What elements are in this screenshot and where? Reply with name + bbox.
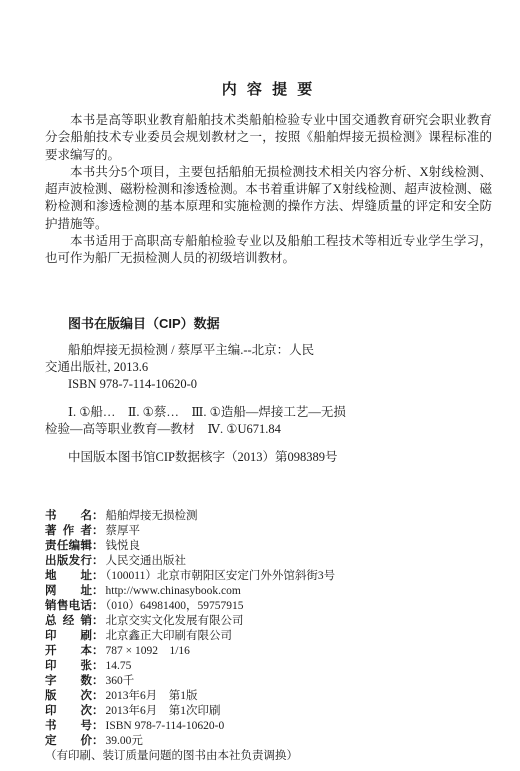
cip-classification-line: 检验—高等职业教育—教材 Ⅳ. ①U671.84 [45,421,492,438]
colophon-value: 39.00元 [106,735,143,747]
cip-title-line: 船舶焊接无损检测 / 蔡厚平主编.--北京：人民 [45,342,492,359]
colophon-value: 2013年6月 第1版 [106,690,198,702]
colophon-label: 印次 [45,704,92,719]
colophon-value: 787 × 1092 1/16 [106,645,190,657]
colophon-row: 网址：http://www.chinasybook.com [45,584,492,599]
colophon-colon: ： [92,510,104,522]
colophon-row: 开本：787 × 1092 1/16 [45,644,492,659]
colophon-label: 字数 [45,674,92,689]
colophon-colon: ： [92,600,104,612]
colophon-colon: ： [92,675,104,687]
colophon-value: （010）64981400，59757915 [106,600,244,612]
colophon-value: 船舶焊接无损检测 [106,510,198,522]
colophon-label: 责任编辑 [45,539,92,554]
colophon-label: 总经销 [45,614,92,629]
cip-publisher-line: 交通出版社, 2013.6 [45,359,492,376]
content-summary: 本书是高等职业教育船舶技术类船舶检验专业中国交通教育研究会职业教育分会船舶技术专… [45,112,492,268]
colophon-list: 书名：船舶焊接无损检测 著作者：蔡厚平 责任编辑：钱悦良 出版发行：人民交通出版… [45,509,492,749]
colophon-label: 印张 [45,659,92,674]
colophon-label: 定价 [45,734,92,749]
colophon-value: http://www.chinasybook.com [106,585,241,597]
colophon-value: （100011）北京市朝阳区安定门外外馆斜街3号 [106,570,336,582]
cip-isbn-line: ISBN 978-7-114-10620-0 [45,376,492,393]
colophon-colon: ： [92,705,104,717]
colophon-colon: ： [92,555,104,567]
colophon-colon: ： [92,735,104,747]
colophon-row: 印次：2013年6月 第1次印刷 [45,704,492,719]
cip-section: 图书在版编目（CIP）数据 船舶焊接无损检测 / 蔡厚平主编.--北京：人民 交… [45,315,492,466]
colophon-row: 总经销：北京交实文化发展有限公司 [45,614,492,629]
colophon-value: 北京鑫正大印刷有限公司 [106,630,233,642]
colophon-row: 印刷：北京鑫正大印刷有限公司 [45,629,492,644]
colophon-label: 销售电话 [45,599,92,614]
colophon-value: 360千 [106,675,135,687]
colophon-colon: ： [92,690,104,702]
colophon-label: 书号 [45,719,92,734]
colophon-row: 定价：39.00元 [45,734,492,749]
colophon-colon: ： [92,540,104,552]
colophon-row: 销售电话：（010）64981400，59757915 [45,599,492,614]
cip-registry-line: 中国版本图书馆CIP数据核字（2013）第098389号 [45,449,492,466]
colophon-value: 人民交通出版社 [106,555,187,567]
summary-paragraph: 本书是高等职业教育船舶技术类船舶检验专业中国交通教育研究会职业教育分会船舶技术专… [45,112,492,164]
colophon-colon: ： [92,585,104,597]
colophon-row: 书名：船舶焊接无损检测 [45,509,492,524]
colophon-value: 北京交实文化发展有限公司 [106,615,244,627]
colophon-label: 印刷 [45,629,92,644]
colophon-colon: ： [92,720,104,732]
colophon-colon: ： [92,615,104,627]
colophon-row: 出版发行：人民交通出版社 [45,554,492,569]
content-summary-heading: 内 容 提 要 [45,82,492,98]
colophon-value: ISBN 978-7-114-10620-0 [106,720,225,732]
summary-paragraph: 本书共分5个项目，主要包括船舶无损检测技术相关内容分析、X射线检测、超声波检测、… [45,164,492,233]
colophon-colon: ： [92,570,104,582]
colophon-value: 14.75 [106,660,132,672]
colophon-colon: ： [92,630,104,642]
colophon-row: 印张：14.75 [45,659,492,674]
summary-paragraph: 本书适用于高职高专船舶检验专业以及船舶工程技术等相近专业学生学习，也可作为船厂无… [45,233,492,268]
cip-classification-line: Ⅰ. ①船… Ⅱ. ①蔡… Ⅲ. ①造船—焊接工艺—无损 [45,404,492,421]
colophon-row: 版次：2013年6月 第1版 [45,689,492,704]
colophon-colon: ： [92,525,104,537]
cip-heading: 图书在版编目（CIP）数据 [45,315,492,332]
colophon-label: 书名 [45,509,92,524]
colophon-row: 责任编辑：钱悦良 [45,539,492,554]
colophon-label: 开本 [45,644,92,659]
colophon-row: 地址：（100011）北京市朝阳区安定门外外馆斜街3号 [45,569,492,584]
colophon-label: 版次 [45,689,92,704]
book-copyright-page: 内 容 提 要 本书是高等职业教育船舶技术类船舶检验专业中国交通教育研究会职业教… [0,0,520,771]
colophon-value: 蔡厚平 [106,525,141,537]
colophon-label: 出版发行 [45,554,92,569]
colophon-value: 2013年6月 第1次印刷 [106,705,221,717]
colophon-colon: ： [92,660,104,672]
colophon-row: 著作者：蔡厚平 [45,524,492,539]
quality-note: （有印刷、装订质量问题的图书由本社负责调换） [45,749,492,764]
colophon-label: 著作者 [45,524,92,539]
colophon-label: 网址 [45,584,92,599]
colophon-label: 地址 [45,569,92,584]
colophon-colon: ： [92,645,104,657]
colophon-value: 钱悦良 [106,540,141,552]
colophon-row: 书号：ISBN 978-7-114-10620-0 [45,719,492,734]
colophon-row: 字数：360千 [45,674,492,689]
